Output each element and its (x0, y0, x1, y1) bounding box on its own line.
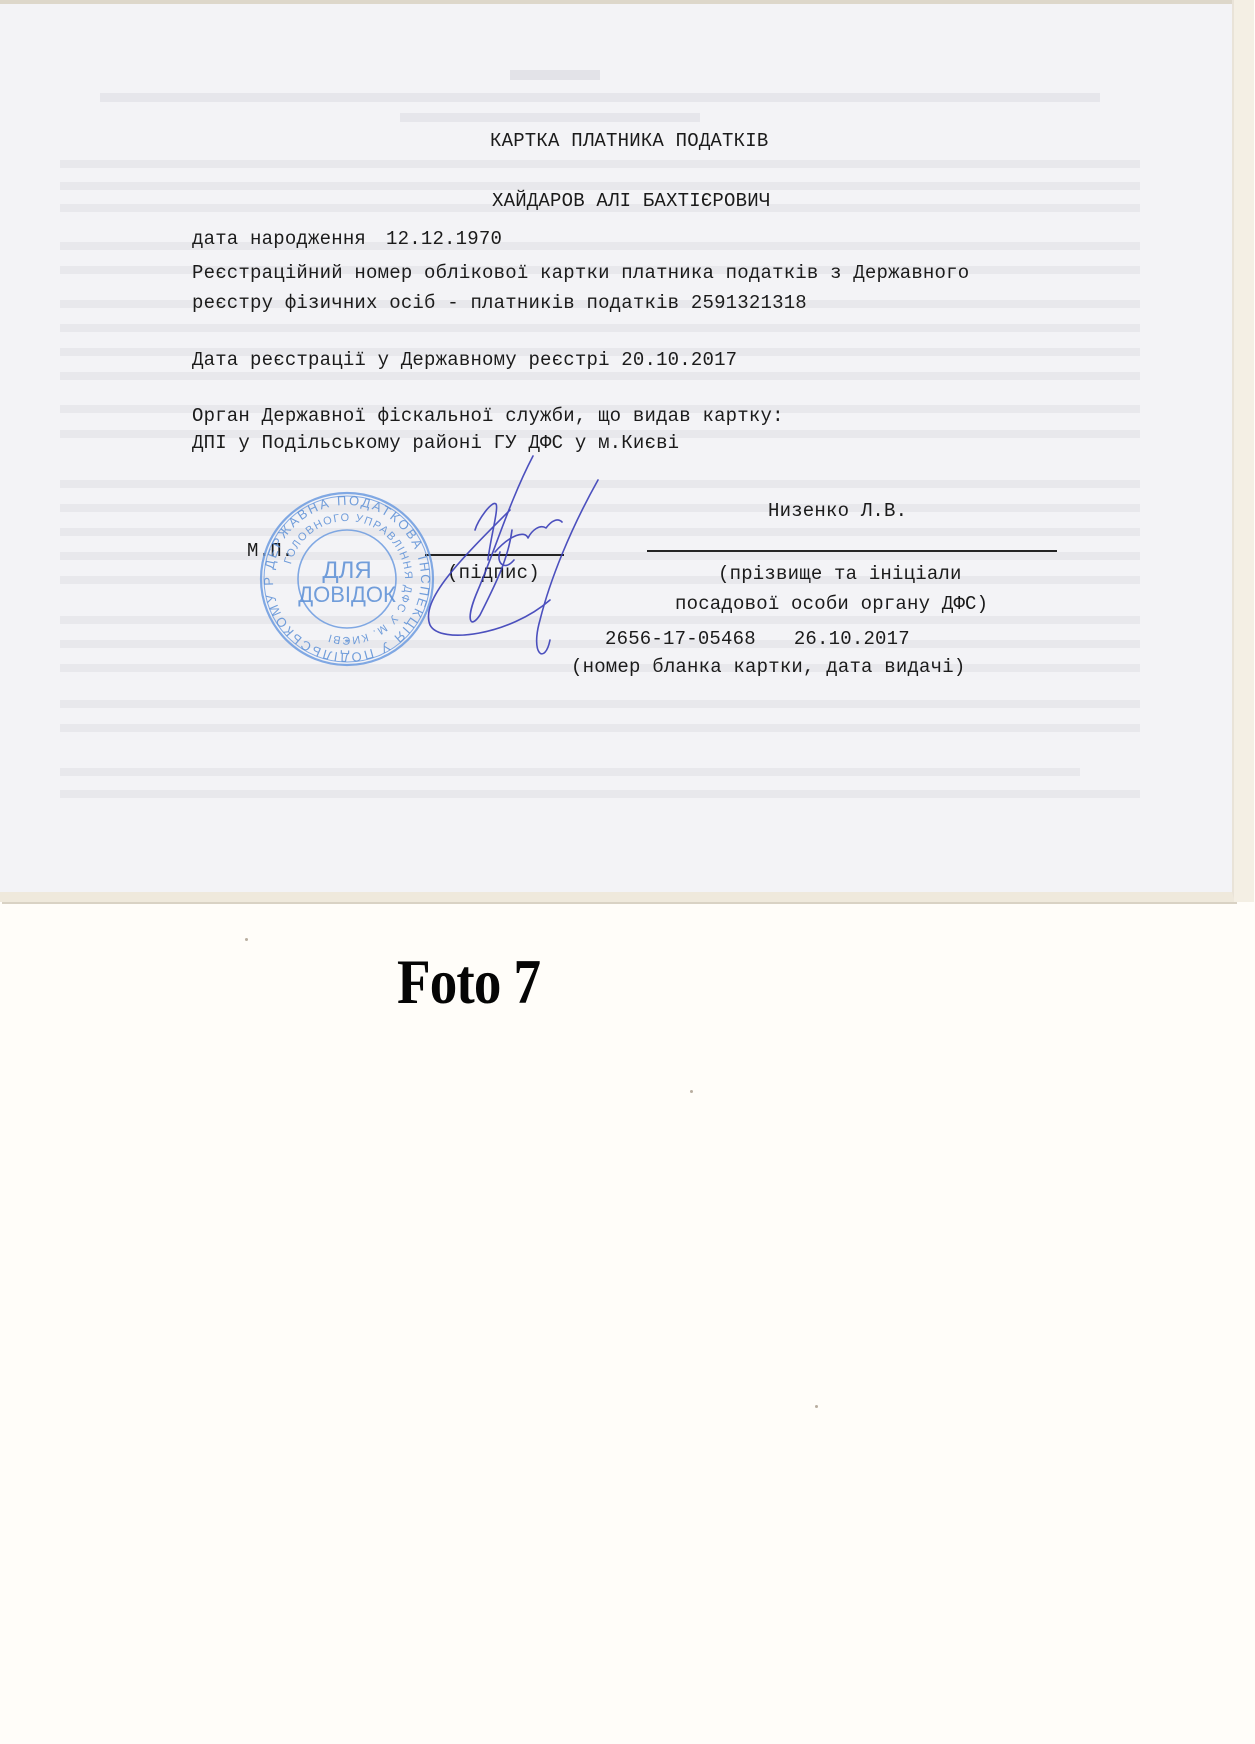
bleed-through-text (60, 160, 1140, 168)
bleed-through-text (60, 552, 1140, 560)
handwritten-signature-icon (400, 440, 600, 670)
svg-text:*: * (345, 636, 350, 650)
blank-caption: (номер бланка картки, дата видачі) (571, 656, 965, 678)
card-title: КАРТКА ПЛАТНИКА ПОДАТКІВ (490, 130, 768, 152)
official-caption-line-1: (прізвище та ініціали (718, 563, 962, 585)
bleed-through-text (510, 70, 600, 80)
paper-speck (690, 1090, 693, 1093)
birth-date-label: дата народження (192, 228, 366, 250)
bleed-through-text (400, 113, 700, 122)
bleed-through-text (60, 480, 1140, 488)
official-name-line (647, 550, 1057, 552)
bleed-through-text (60, 504, 1140, 512)
bleed-through-text (60, 700, 1140, 708)
bleed-through-text (100, 93, 1100, 102)
stamp-center-line-1: ДЛЯ (322, 557, 371, 584)
registration-date: Дата реєстрації у Державному реєстрі 20.… (192, 349, 737, 371)
paper-speck (245, 938, 248, 941)
paper-speck (815, 1405, 818, 1408)
official-name: Низенко Л.В. (768, 500, 907, 522)
tax-card-scan: КАРТКА ПЛАТНИКА ПОДАТКІВ ХАЙДАРОВ АЛІ БА… (0, 0, 1235, 902)
bleed-through-text (60, 790, 1140, 798)
bleed-through-text (60, 182, 1140, 190)
card-edge (1234, 0, 1254, 902)
bleed-through-text (60, 372, 1140, 380)
birth-date-value: 12.12.1970 (386, 228, 502, 250)
stamp-center-line-2: ДОВІДОК (298, 582, 396, 607)
bleed-through-text (60, 640, 1140, 648)
blank-number: 2656-17-05468 (605, 628, 756, 650)
bleed-through-text (60, 616, 1140, 624)
issuer-label: Орган Державної фіскальної служби, що ви… (192, 405, 784, 427)
birth-date-row: дата народження12.12.1970 (192, 228, 502, 250)
registration-number-line-1: Реєстраційний номер облікової картки пла… (192, 262, 969, 284)
bleed-through-text (60, 528, 1140, 536)
official-caption-line-2: посадової особи органу ДФС) (675, 593, 988, 615)
issue-date: 26.10.2017 (794, 628, 910, 650)
bleed-through-text (60, 768, 1080, 776)
bleed-through-text (60, 324, 1140, 332)
photo-caption: Foto 7 (397, 945, 540, 1019)
bleed-through-text (60, 576, 1140, 584)
holder-name: ХАЙДАРОВ АЛІ БАХТІЄРОВИЧ (492, 190, 770, 212)
blank-number-row: 2656-17-0546826.10.2017 (605, 628, 910, 650)
registration-number-line-2: реєстру фізичних осіб - платників податк… (192, 292, 807, 314)
bleed-through-text (60, 724, 1140, 732)
